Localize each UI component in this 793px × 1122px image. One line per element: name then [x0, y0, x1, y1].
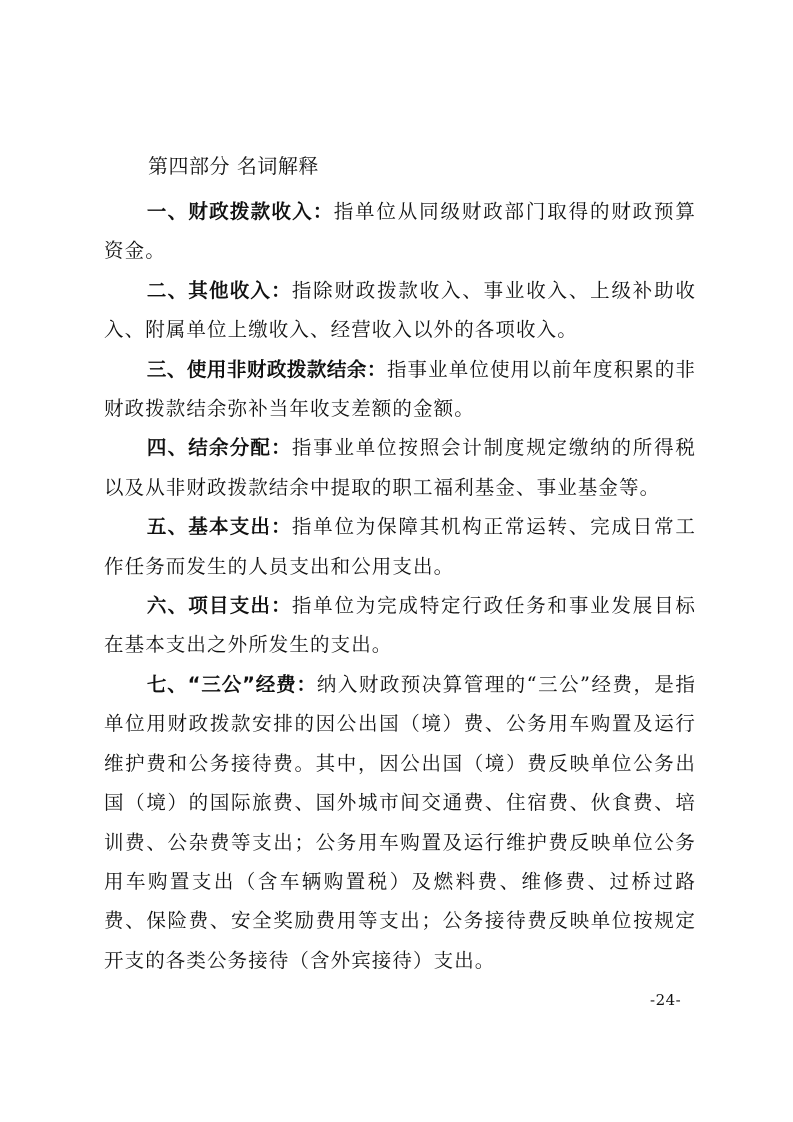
- definition-other-income: 二、其他收入：指除财政拨款收入、事业收入、上级补助收入、附属单位上缴收入、经营收…: [104, 271, 696, 350]
- definition-text: 纳入财政预决算管理的“三公”经费，是指单位用财政拨款安排的因公出国（境）费、公务…: [104, 673, 696, 972]
- definition-non-fiscal-surplus-use: 三、使用非财政拨款结余：指事业单位使用以前年度积累的非财政拨款结余弥补当年收支差…: [104, 350, 696, 429]
- definition-three-public-expenses: 七、“三公”经费：纳入财政预决算管理的“三公”经费，是指单位用财政拨款安排的因公…: [104, 665, 696, 980]
- definition-term: 一、财政拨款收入：: [147, 200, 334, 223]
- page-number: -24-: [650, 990, 681, 1010]
- definition-term: 五、基本支出：: [147, 515, 292, 538]
- document-page: 第四部分 名词解释 一、财政拨款收入：指单位从同级财政部门取得的财政预算资金。 …: [0, 0, 793, 1122]
- definitions-list: 一、财政拨款收入：指单位从同级财政部门取得的财政预算资金。 二、其他收入：指除财…: [104, 192, 696, 980]
- definition-term: 四、结余分配：: [147, 436, 292, 459]
- definition-term: 七、“三公”经费：: [147, 673, 317, 696]
- definition-term: 二、其他收入：: [147, 279, 292, 302]
- definition-term: 三、使用非财政拨款结余：: [147, 358, 387, 381]
- definition-surplus-distribution: 四、结余分配：指事业单位按照会计制度规定缴纳的所得税以及从非财政拨款结余中提取的…: [104, 428, 696, 507]
- definition-fiscal-appropriation-income: 一、财政拨款收入：指单位从同级财政部门取得的财政预算资金。: [104, 192, 696, 271]
- section-title: 第四部分 名词解释: [148, 152, 319, 180]
- definition-project-expenditure: 六、项目支出：指单位为完成特定行政任务和事业发展目标在基本支出之外所发生的支出。: [104, 586, 696, 665]
- definition-basic-expenditure: 五、基本支出：指单位为保障其机构正常运转、完成日常工作任务而发生的人员支出和公用…: [104, 507, 696, 586]
- definition-term: 六、项目支出：: [147, 594, 292, 617]
